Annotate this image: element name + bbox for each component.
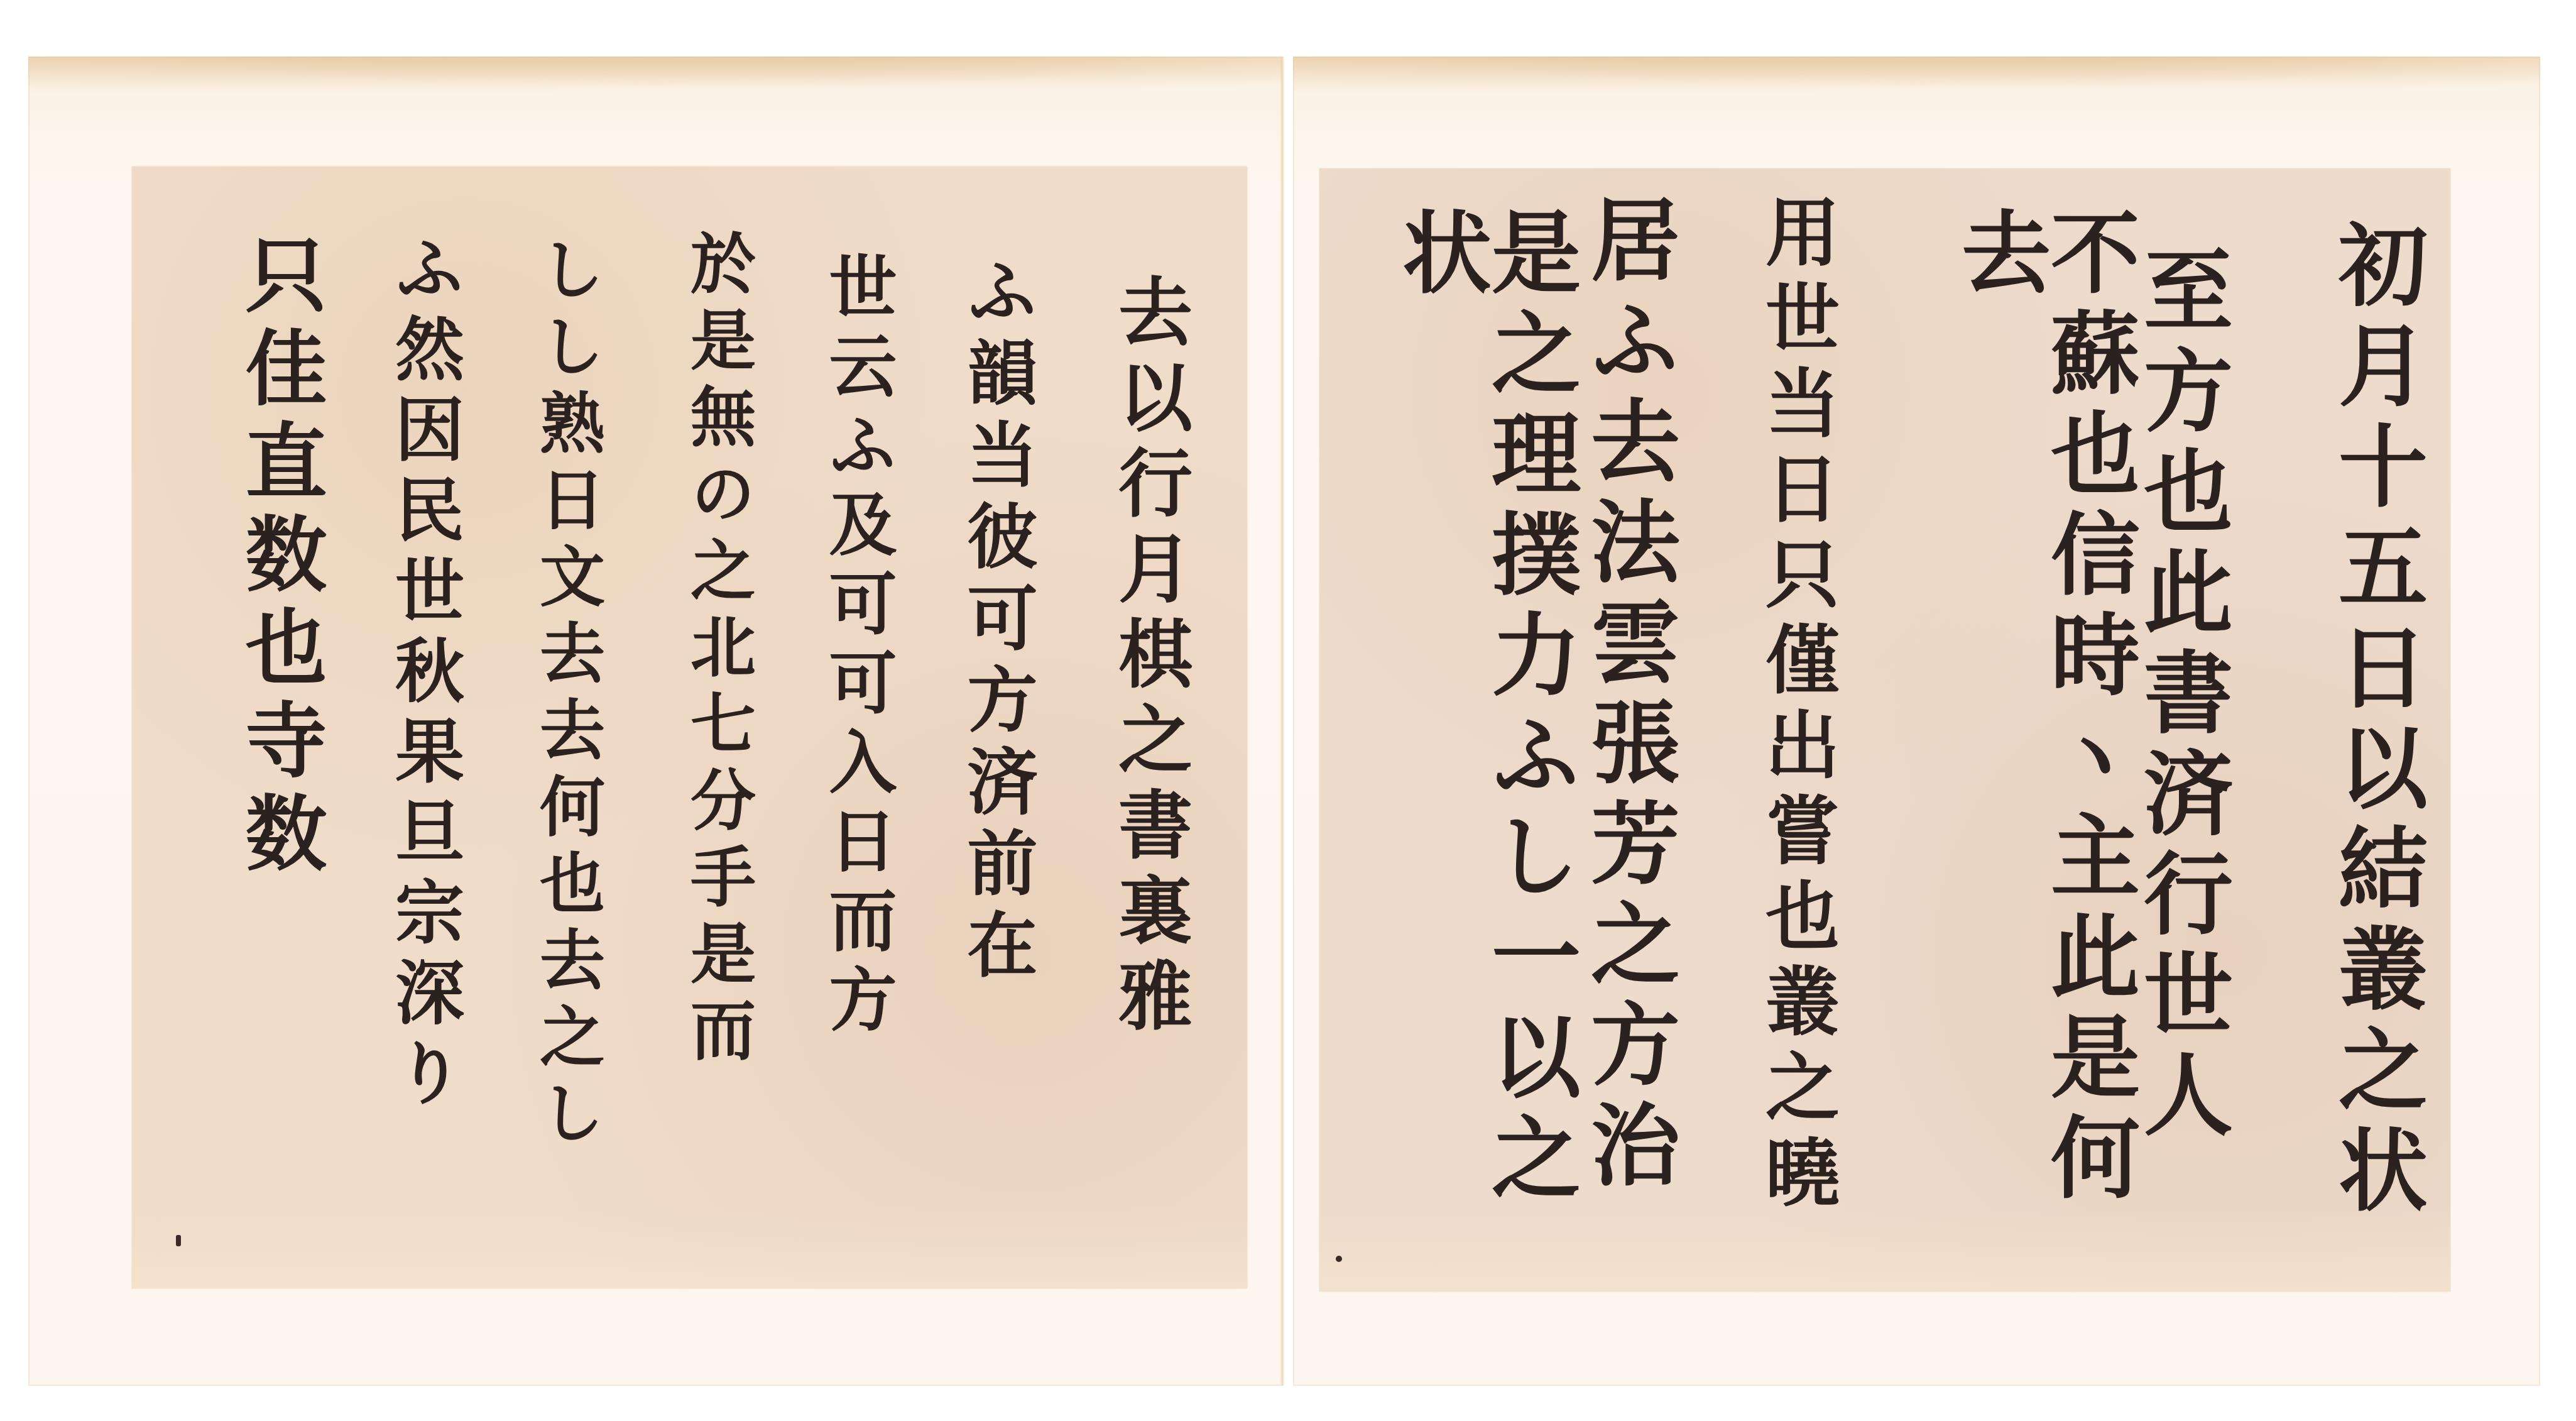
water-stain	[28, 57, 1282, 94]
ink-speck	[1336, 1256, 1342, 1262]
calligraphy-column: 去以行月棋之書裏雅	[1112, 273, 1186, 1043]
water-stain	[1293, 57, 2540, 94]
calligraphy-column: 不蘇也信時ヽ主此是何去	[1954, 206, 2132, 1292]
calligraphy-column: しし熟日文去去何也去之し	[534, 236, 599, 1156]
right-calligraphy-paper: 初月十五日以結叢之状 至方也此書済行世人 不蘇也信時ヽ主此是何去 用世当日只僅出…	[1319, 168, 2450, 1292]
calligraphy-column: ふ然因民世秋果旦宗深り	[390, 233, 459, 1117]
ink-speck	[176, 1235, 181, 1246]
calligraphy-column: 用世当日只僅出嘗也叢之曉	[1759, 194, 1833, 1219]
calligraphy-column: 世云ふ及可可入日而方	[823, 251, 891, 1043]
calligraphy-column: 只佳直数也寺数	[239, 233, 320, 884]
fold-seam	[1282, 57, 1284, 1386]
calligraphy-column: 於是無の之北七分手是而	[685, 229, 750, 1073]
paper-lower-band	[132, 1207, 1247, 1288]
calligraphy-column: 居ふ去法雲張芳之方治	[1583, 194, 1673, 1199]
calligraphy-column: 是之理撲力ふし一以之状	[1395, 206, 1573, 1292]
calligraphy-column: ふ韻当彼可方済前在	[961, 255, 1032, 990]
calligraphy-column: 初月十五日以結叢之状	[2331, 219, 2420, 1224]
left-calligraphy-paper: 去以行月棋之書裏雅 ふ韻当彼可方済前在 世云ふ及可可入日而方 於是無の之北七分手…	[132, 167, 1247, 1288]
calligraphy-column: 至方也此書済行世人	[2136, 244, 2225, 1149]
